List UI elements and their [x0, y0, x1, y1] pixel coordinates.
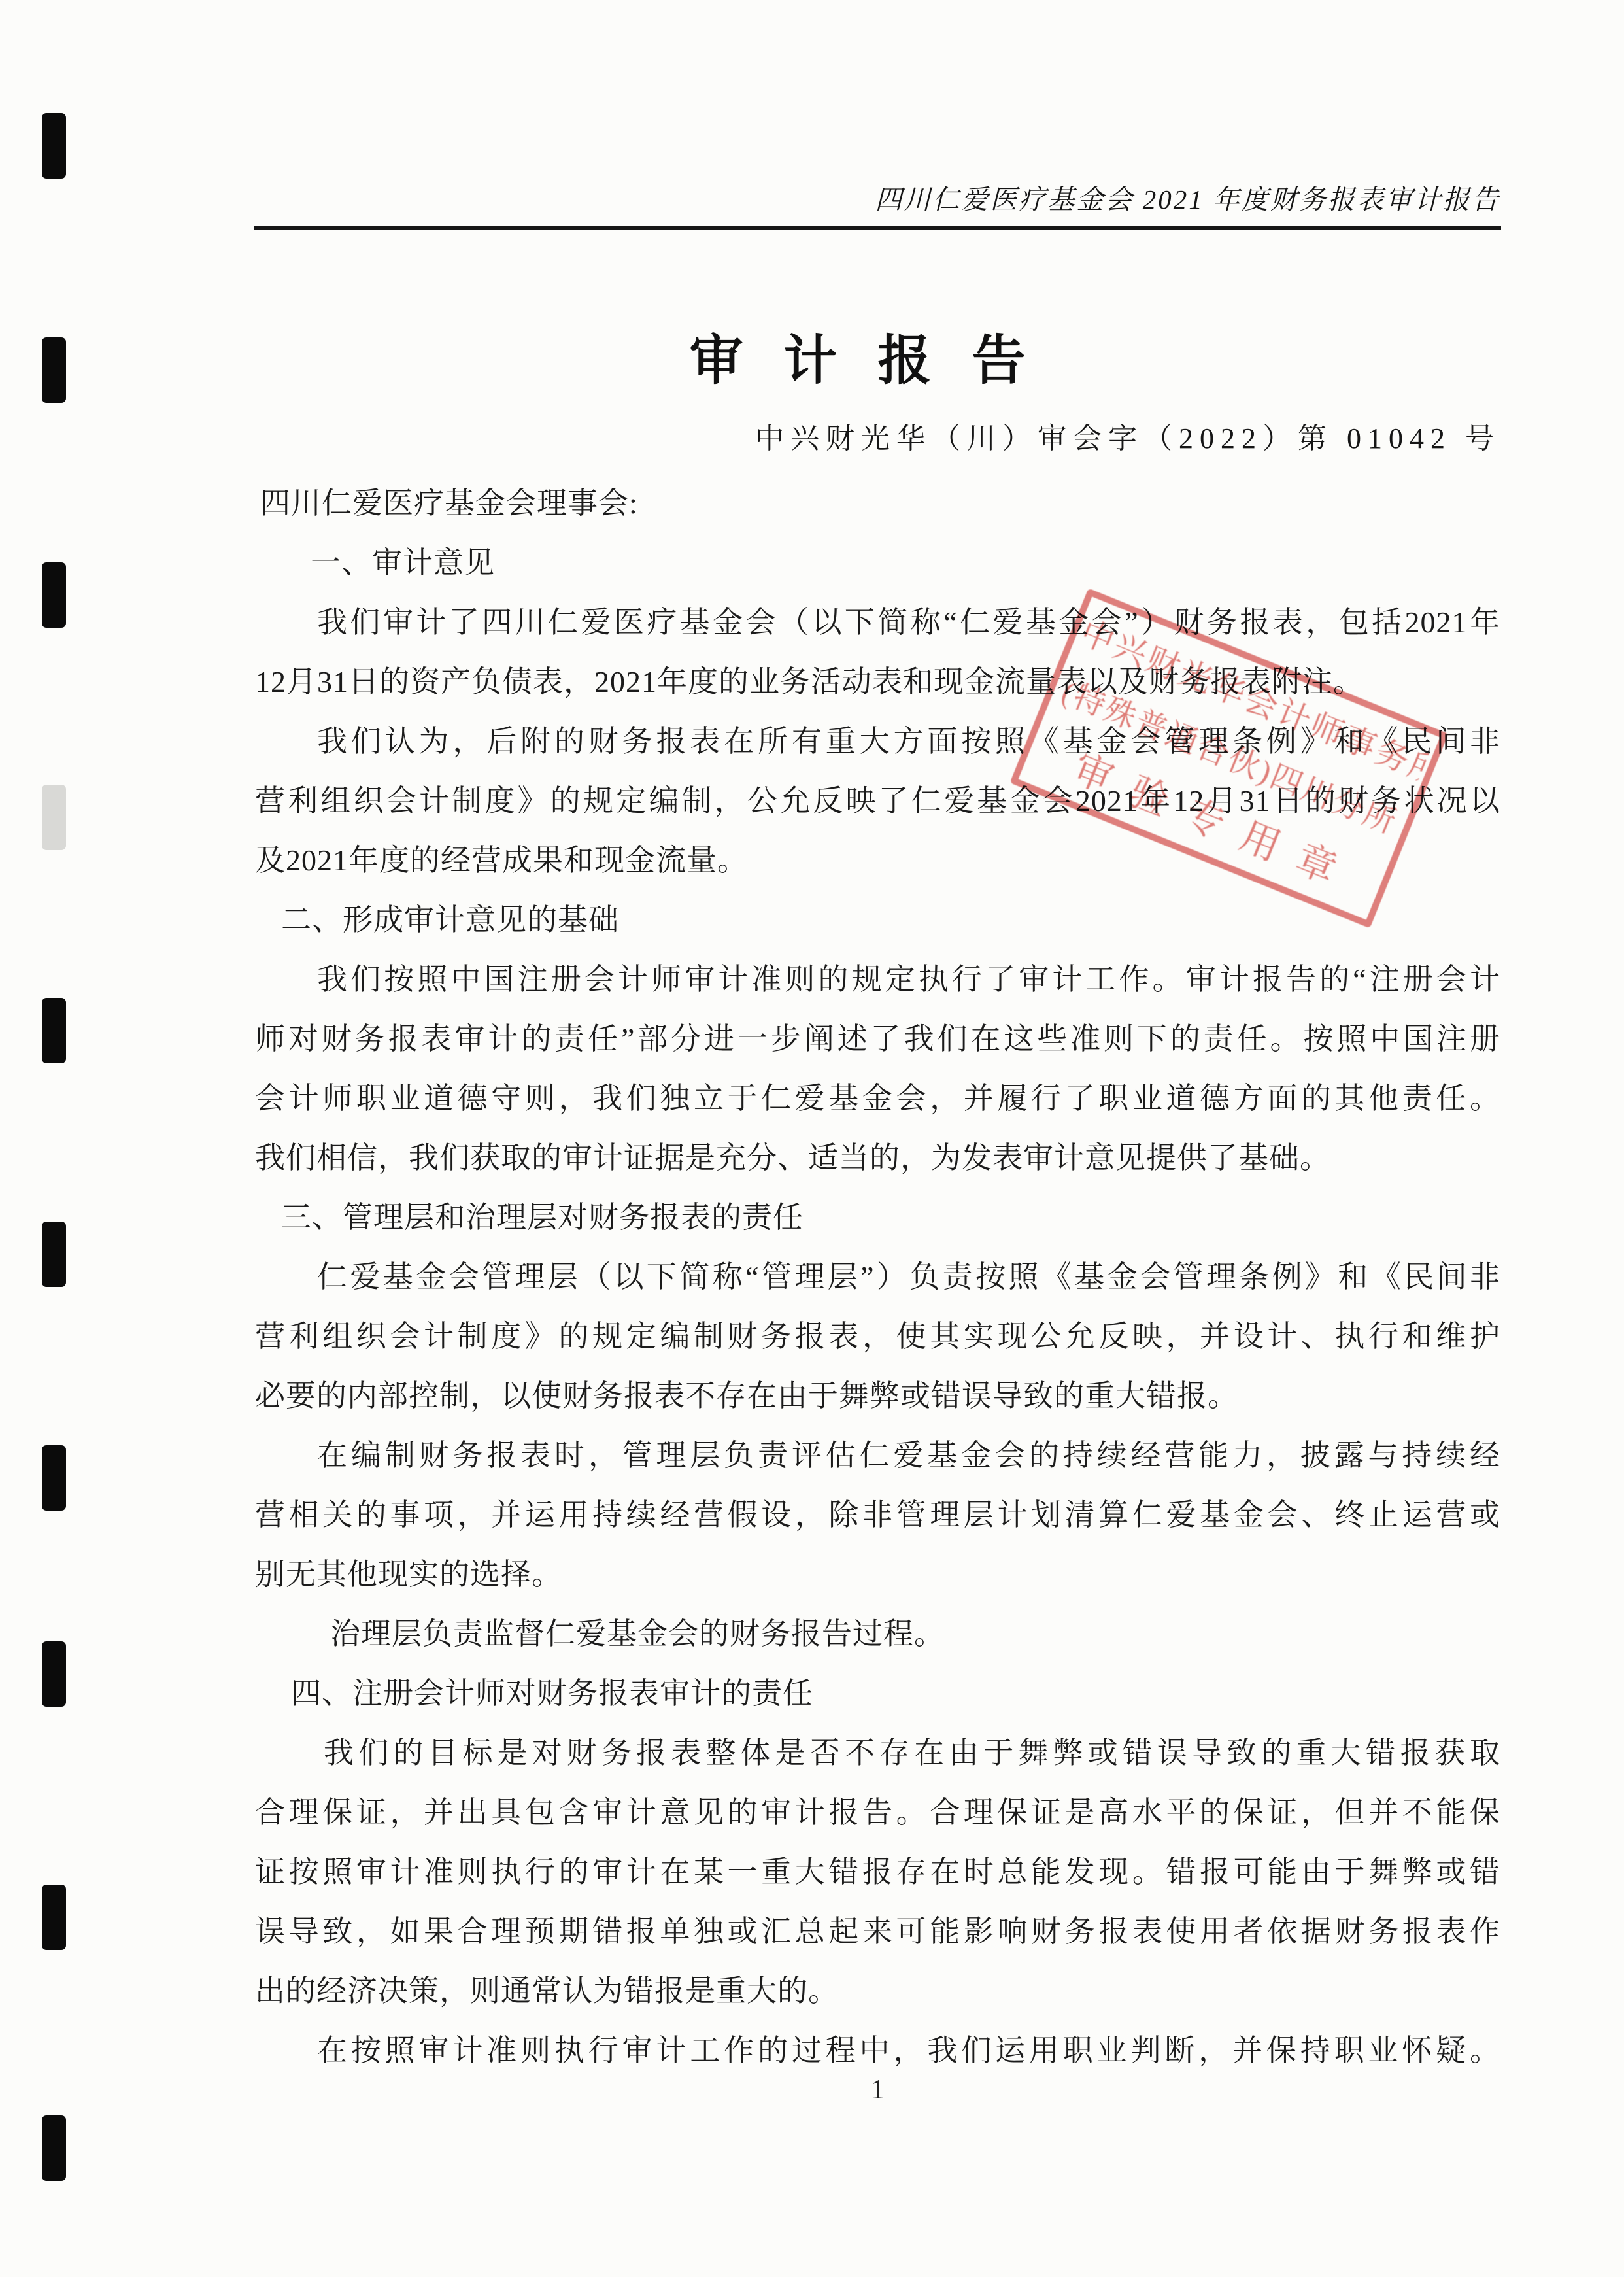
body-line: 会计师职业道德守则，我们独立于仁爱基金会，并履行了职业道德方面的其他责任。 — [255, 1069, 1500, 1128]
body-line: 在编制财务报表时，管理层负责评估仁爱基金会的持续经营能力，披露与持续经 — [255, 1426, 1500, 1485]
body-line: 必要的内部控制，以使财务报表不存在由于舞弊或错误导致的重大错报。 — [255, 1366, 1500, 1426]
section-heading: 二、形成审计意见的基础 — [255, 890, 1500, 950]
section-heading: 三、管理层和治理层对财务报表的责任 — [255, 1188, 1500, 1247]
body-line: 证按照审计准则执行的审计在某一重大错报存在时总能发现。错报可能由于舞弊或错 — [255, 1842, 1500, 1902]
binding-mark — [42, 998, 66, 1063]
binding-mark — [42, 337, 66, 403]
binding-mark — [42, 785, 66, 850]
binding-mark — [42, 1445, 66, 1511]
binding-mark — [42, 113, 66, 179]
section-heading: 一、审计意见 — [255, 533, 1500, 592]
scanned-audit-report-page: 四川仁爱医疗基金会 2021 年度财务报表审计报告 审计报告 中兴财光华（川）审… — [0, 0, 1624, 2277]
binding-mark — [42, 2115, 66, 2181]
body-line: 营利组织会计制度》的规定编制财务报表，使其实现公允反映，并设计、执行和维护 — [255, 1307, 1500, 1366]
body-line: 师对财务报表审计的责任”部分进一步阐述了我们在这些准则下的责任。按照中国注册 — [255, 1009, 1500, 1069]
body-line: 四川仁爱医疗基金会理事会: — [255, 473, 1500, 533]
header-rule — [254, 226, 1501, 230]
page-title: 审计报告 — [255, 318, 1500, 394]
body-line: 我们审计了四川仁爱医疗基金会（以下简称“仁爱基金会”）财务报表，包括2021年 — [255, 592, 1500, 652]
body-line: 别无其他现实的选择。 — [255, 1545, 1500, 1604]
binding-mark — [42, 1885, 66, 1950]
body-line: 误导致，如果合理预期错报单独或汇总起来可能影响财务报表使用者依据财务报表作 — [255, 1902, 1500, 1961]
body: 四川仁爱医疗基金会理事会:一、审计意见我们审计了四川仁爱医疗基金会（以下简称“仁… — [255, 473, 1500, 2080]
report-number: 中兴财光华（川）审会字（2022）第 01042 号 — [255, 415, 1508, 456]
running-header: 四川仁爱医疗基金会 2021 年度财务报表审计报告 — [255, 178, 1503, 216]
body-line: 营利组织会计制度》的规定编制，公允反映了仁爱基金会2021年12月31日的财务状… — [255, 771, 1500, 830]
binding-mark — [42, 1641, 66, 1707]
body-line: 及2021年度的经营成果和现金流量。 — [255, 830, 1500, 890]
body-line: 合理保证，并出具包含审计意见的审计报告。合理保证是高水平的保证，但并不能保 — [255, 1783, 1500, 1842]
body-line: 出的经济决策，则通常认为错报是重大的。 — [255, 1961, 1500, 2021]
body-line: 仁爱基金会管理层（以下简称“管理层”）负责按照《基金会管理条例》和《民间非 — [255, 1247, 1500, 1307]
body-line: 治理层负责监督仁爱基金会的财务报告过程。 — [255, 1604, 1500, 1664]
body-line: 我们按照中国注册会计师审计准则的规定执行了审计工作。审计报告的“注册会计 — [255, 950, 1500, 1009]
body-line: 我们认为，后附的财务报表在所有重大方面按照《基金会管理条例》和《民间非 — [255, 711, 1500, 771]
body-line: 我们的目标是对财务报表整体是否不存在由于舞弊或错误导致的重大错报获取 — [255, 1723, 1500, 1783]
body-line: 营相关的事项，并运用持续经营假设，除非管理层计划清算仁爱基金会、终止运营或 — [255, 1485, 1500, 1545]
binding-mark — [42, 1222, 66, 1287]
body-line: 我们相信，我们获取的审计证据是充分、适当的，为发表审计意见提供了基础。 — [255, 1128, 1500, 1188]
body-line: 在按照审计准则执行审计工作的过程中，我们运用职业判断，并保持职业怀疑。 — [255, 2021, 1500, 2080]
section-heading: 四、注册会计师对财务报表审计的责任 — [255, 1664, 1500, 1723]
page-number: 1 — [255, 2074, 1500, 2106]
binding-mark — [42, 562, 66, 628]
body-line: 12月31日的资产负债表，2021年度的业务活动表和现金流量表以及财务报表附注。 — [255, 652, 1500, 711]
